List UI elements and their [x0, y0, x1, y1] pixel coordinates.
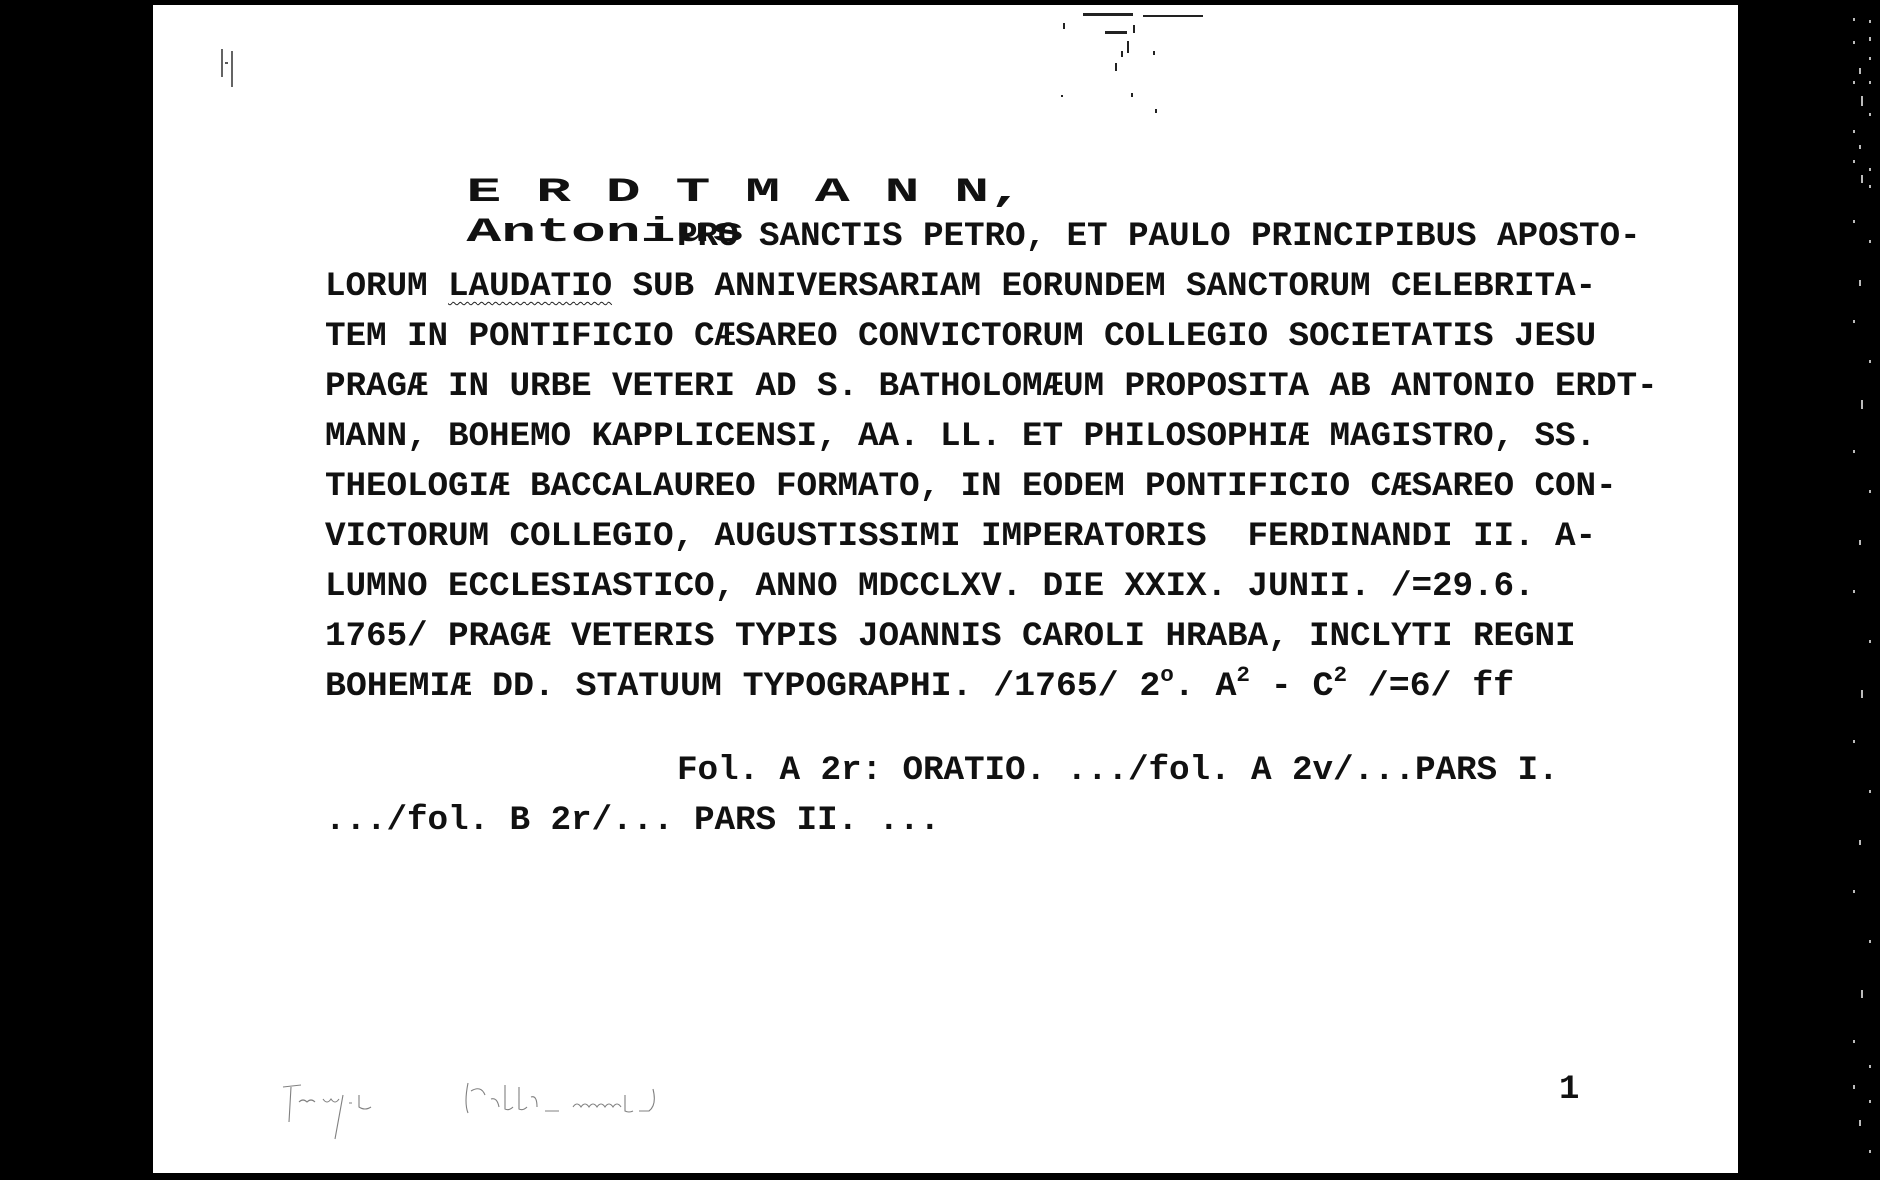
text-segment: LORUM	[325, 268, 448, 306]
catalog-card: E R D T M A N N, Antonius PRO SANCTIS PE…	[153, 5, 1738, 1173]
text-segment: PRAGÆ IN URBE VETERI AD S. BATHOLOMÆUM P…	[325, 368, 1658, 406]
text-segment: PRO SANCTIS PETRO, ET PAULO PRINCIPIBUS …	[677, 218, 1641, 256]
description-line: LUMNO ECCLESIASTICO, ANNO MDCCLXV. DIE X…	[325, 567, 1535, 607]
description-line: MANN, BOHEMO KAPPLICENSI, AA. LL. ET PHI…	[325, 417, 1596, 457]
text-segment: SUB ANNIVERSARIAM EORUNDEM SANCTORUM CEL…	[612, 268, 1596, 306]
description-line: PRO SANCTIS PETRO, ET PAULO PRINCIPIBUS …	[677, 217, 1641, 257]
description-line: 1765/ PRAGÆ VETERIS TYPIS JOANNIS CAROLI…	[325, 617, 1576, 657]
superscript: o	[1160, 663, 1173, 688]
description-line: PRAGÆ IN URBE VETERI AD S. BATHOLOMÆUM P…	[325, 367, 1658, 407]
text-segment: Fol. A 2r: ORATIO. .../fol. A 2v/...PARS…	[677, 752, 1559, 790]
text-segment: - C	[1250, 668, 1334, 706]
text-segment: LUMNO ECCLESIASTICO, ANNO MDCCLXV. DIE X…	[325, 568, 1535, 606]
superscript: 2	[1333, 663, 1346, 688]
description-line: TEM IN PONTIFICIO CÆSAREO CONVICTORUM CO…	[325, 317, 1596, 357]
text-segment: .../fol. B 2r/... PARS II. ...	[325, 802, 940, 840]
text-segment: MANN, BOHEMO KAPPLICENSI, AA. LL. ET PHI…	[325, 418, 1596, 456]
page-number: 1	[1559, 1071, 1579, 1109]
text-segment: /=6/ ff	[1347, 668, 1514, 706]
text-segment: 1765/ PRAGÆ VETERIS TYPIS JOANNIS CAROLI…	[325, 618, 1576, 656]
underlined-keyword: LAUDATIO	[448, 268, 612, 306]
superscript: 2	[1236, 663, 1249, 688]
description-line: VICTORUM COLLEGIO, AUGUSTISSIMI IMPERATO…	[325, 517, 1596, 557]
scan-edge-noise	[1740, 0, 1880, 1180]
text-segment: TEM IN PONTIFICIO CÆSAREO CONVICTORUM CO…	[325, 318, 1596, 356]
description-line: BOHEMIÆ DD. STATUUM TYPOGRAPHI. /1765/ 2…	[325, 667, 1514, 710]
handwritten-annotation	[273, 1077, 833, 1147]
contents-line: Fol. A 2r: ORATIO. .../fol. A 2v/...PARS…	[677, 751, 1559, 791]
description-line: THEOLOGIÆ BACCALAUREO FORMATO, IN EODEM …	[325, 467, 1617, 507]
author-surname: E R D T M A N N,	[466, 174, 1024, 212]
contents-line: .../fol. B 2r/... PARS II. ...	[325, 801, 940, 841]
handwritten-corner-mark	[219, 47, 235, 87]
description-line: LORUM LAUDATIO SUB ANNIVERSARIAM EORUNDE…	[325, 267, 1596, 307]
text-segment: . A	[1174, 668, 1237, 706]
scan-smudge	[1023, 5, 1283, 115]
text-segment: VICTORUM COLLEGIO, AUGUSTISSIMI IMPERATO…	[325, 518, 1596, 556]
text-segment: THEOLOGIÆ BACCALAUREO FORMATO, IN EODEM …	[325, 468, 1617, 506]
text-segment: BOHEMIÆ DD. STATUUM TYPOGRAPHI. /1765/ 2	[325, 668, 1160, 706]
